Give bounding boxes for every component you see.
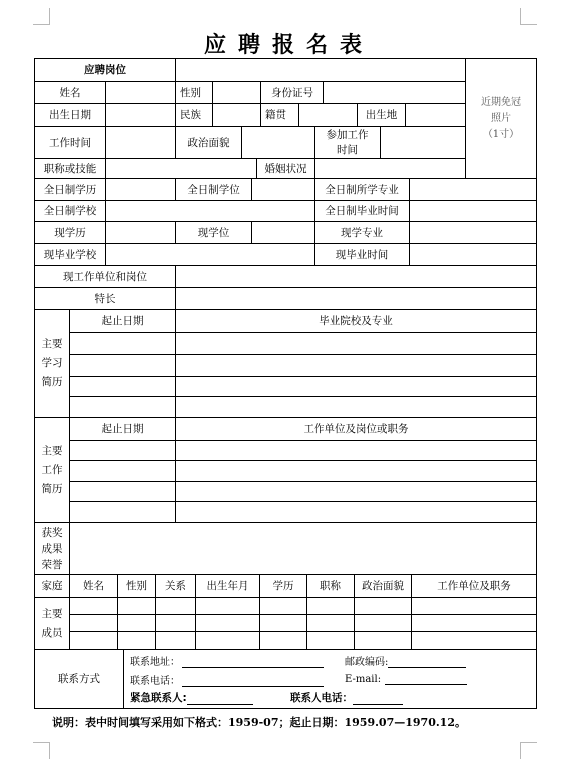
label-text: 成果 xyxy=(42,541,63,557)
cur-education-field[interactable] xyxy=(105,221,176,244)
label-join-work-time: 参加工作 时间 xyxy=(314,126,381,159)
family-row-2-gender[interactable] xyxy=(117,614,156,632)
name-field[interactable] xyxy=(105,81,176,104)
family-row-2-name[interactable] xyxy=(69,614,118,632)
work-header-employer: 工作单位及岗位或职务 xyxy=(175,417,537,441)
work-row-3-employer[interactable] xyxy=(175,481,537,502)
label-emergency-contact: 紧急联系人: xyxy=(130,690,187,705)
join-work-time-field[interactable] xyxy=(380,126,466,159)
family-row-3-relation[interactable] xyxy=(155,631,196,650)
label-family: 家庭 xyxy=(34,574,70,598)
label-gender: 性别 xyxy=(175,81,213,104)
title-skill-field[interactable] xyxy=(105,158,257,179)
label-cur-education: 现学历 xyxy=(34,221,106,244)
political-status-field[interactable] xyxy=(241,126,315,159)
label-title-skill: 职称或技能 xyxy=(34,158,106,179)
label-ft-major: 全日制所学专业 xyxy=(314,178,410,201)
family-row-2-political[interactable] xyxy=(354,614,412,632)
label-ethnicity: 民族 xyxy=(175,103,213,127)
family-row-3-name[interactable] xyxy=(69,631,118,650)
study-row-1-school[interactable] xyxy=(175,332,537,355)
study-row-2-dates[interactable] xyxy=(69,354,176,377)
label-cur-degree: 现学位 xyxy=(175,221,252,244)
family-header-political: 政治面貌 xyxy=(354,574,412,598)
label-marital-status: 婚姻状况 xyxy=(256,158,315,179)
label-ft-education: 全日制学历 xyxy=(34,178,106,201)
study-row-3-dates[interactable] xyxy=(69,376,176,397)
position-applied-field[interactable] xyxy=(175,58,466,82)
label-text: 主要 xyxy=(42,442,63,461)
work-row-2-employer[interactable] xyxy=(175,460,537,482)
study-row-3-school[interactable] xyxy=(175,376,537,397)
study-row-2-school[interactable] xyxy=(175,354,537,377)
family-row-2-title[interactable] xyxy=(306,614,355,632)
label-phone: 联系电话： xyxy=(130,672,180,687)
label-current-employer: 现工作单位和岗位 xyxy=(34,265,176,288)
page-corner-mark xyxy=(520,742,537,759)
study-header-dates: 起止日期 xyxy=(69,309,176,333)
contact-emergency-row: 紧急联系人: xyxy=(130,690,253,705)
current-employer-field[interactable] xyxy=(175,265,537,288)
contact-person-phone-row: 联系人电话： xyxy=(290,690,403,705)
label-birth-date: 出生日期 xyxy=(34,103,106,127)
work-row-2-dates[interactable] xyxy=(69,460,176,482)
label-family-members: 主要 成员 xyxy=(34,597,70,650)
awards-field[interactable] xyxy=(69,522,537,575)
family-row-3-gender[interactable] xyxy=(117,631,156,650)
label-text: 成员 xyxy=(42,624,63,643)
contact-postcode-row: 邮政编码: xyxy=(345,653,466,668)
ft-major-field[interactable] xyxy=(409,178,537,201)
family-row-1-political[interactable] xyxy=(354,597,412,615)
label-text: 简历 xyxy=(42,373,63,392)
cur-degree-field[interactable] xyxy=(251,221,315,244)
label-cur-grad-time: 现毕业时间 xyxy=(314,243,410,266)
label-text: 主要 xyxy=(42,335,63,354)
family-row-3-education[interactable] xyxy=(259,631,307,650)
label-cur-school: 现毕业学校 xyxy=(34,243,106,266)
label-text: 获奖 xyxy=(42,525,63,541)
label-contact: 联系方式 xyxy=(34,649,124,709)
label-ft-grad-time: 全日制毕业时间 xyxy=(314,200,410,222)
page-corner-mark xyxy=(33,742,50,759)
work-row-1-employer[interactable] xyxy=(175,440,537,461)
label-native-place: 籍贯 xyxy=(260,103,299,127)
family-row-2-education[interactable] xyxy=(259,614,307,632)
label-postcode: 邮政编码: xyxy=(345,653,388,668)
ft-degree-field[interactable] xyxy=(251,178,315,201)
family-row-2-relation[interactable] xyxy=(155,614,196,632)
postcode-field[interactable] xyxy=(388,655,466,668)
label-text: 时间 xyxy=(337,143,358,158)
family-row-3-title[interactable] xyxy=(306,631,355,650)
label-text: 工作 xyxy=(42,461,63,480)
address-field[interactable] xyxy=(182,655,324,668)
family-header-relation: 关系 xyxy=(155,574,196,598)
work-header-dates: 起止日期 xyxy=(69,417,176,441)
ft-education-field[interactable] xyxy=(105,178,176,201)
family-header-education: 学历 xyxy=(259,574,307,598)
form-instructions-note: 说明：表中时间填写采用如下格式：1959-07；起止日期：1959.07—197… xyxy=(52,714,466,730)
label-birthplace: 出生地 xyxy=(357,103,406,127)
family-row-3-political[interactable] xyxy=(354,631,412,650)
contact-phone-field[interactable] xyxy=(353,692,403,705)
phone-field[interactable] xyxy=(182,674,324,687)
work-row-4-dates[interactable] xyxy=(69,501,176,523)
family-row-2-birth[interactable] xyxy=(195,614,260,632)
label-cur-major: 现学专业 xyxy=(314,221,410,244)
label-address: 联系地址： xyxy=(130,653,180,668)
photo-size-label: （1寸） xyxy=(483,127,519,143)
label-email: E-mail: xyxy=(345,674,381,685)
family-row-1-gender[interactable] xyxy=(117,597,156,615)
family-row-1-title[interactable] xyxy=(306,597,355,615)
id-number-field[interactable] xyxy=(323,81,466,104)
family-row-1-relation[interactable] xyxy=(155,597,196,615)
study-row-4-dates[interactable] xyxy=(69,396,176,418)
page-title: 应聘报名表 xyxy=(0,28,566,59)
birth-date-field[interactable] xyxy=(105,103,176,127)
work-row-4-employer[interactable] xyxy=(175,501,537,523)
study-row-1-dates[interactable] xyxy=(69,332,176,355)
ft-grad-time-field[interactable] xyxy=(409,200,537,222)
cur-school-field[interactable] xyxy=(105,243,315,266)
email-field[interactable] xyxy=(385,672,467,685)
label-specialty: 特长 xyxy=(34,287,176,310)
family-row-1-education[interactable] xyxy=(259,597,307,615)
contact-phone-row: 联系电话： xyxy=(130,672,324,687)
study-row-4-school[interactable] xyxy=(175,396,537,418)
work-row-1-dates[interactable] xyxy=(69,440,176,461)
family-header-employer: 工作单位及职务 xyxy=(411,574,537,598)
label-name: 姓名 xyxy=(34,81,106,104)
cur-major-field[interactable] xyxy=(409,221,537,244)
label-awards: 获奖 成果 荣誉 xyxy=(34,522,70,575)
label-text: 参加工作 xyxy=(327,128,369,143)
native-place-field[interactable] xyxy=(298,103,358,127)
label-id-number: 身份证号 xyxy=(260,81,324,104)
work-start-field[interactable] xyxy=(105,126,176,159)
gender-field[interactable] xyxy=(212,81,261,104)
contact-address-row: 联系地址： xyxy=(130,653,324,668)
family-row-3-birth[interactable] xyxy=(195,631,260,650)
label-ft-school: 全日制学校 xyxy=(34,200,106,222)
family-row-2-employer[interactable] xyxy=(411,614,537,632)
photo-label: 近期免冠 xyxy=(481,95,521,111)
label-work-start: 工作时间 xyxy=(34,126,106,159)
family-row-3-employer[interactable] xyxy=(411,631,537,650)
page-corner-mark xyxy=(520,8,537,25)
family-header-gender: 性别 xyxy=(117,574,156,598)
page-corner-mark xyxy=(33,8,50,25)
birthplace-field[interactable] xyxy=(405,103,466,127)
label-ft-degree: 全日制学位 xyxy=(175,178,252,201)
family-header-name: 姓名 xyxy=(69,574,118,598)
specialty-field[interactable] xyxy=(175,287,537,310)
emergency-contact-field[interactable] xyxy=(187,692,253,705)
label-text: 简历 xyxy=(42,480,63,499)
label-text: 主要 xyxy=(42,605,63,624)
family-header-birth: 出生年月 xyxy=(195,574,260,598)
study-header-school: 毕业院校及专业 xyxy=(175,309,537,333)
marital-status-field[interactable] xyxy=(314,158,466,179)
cur-grad-time-field[interactable] xyxy=(409,243,537,266)
ethnicity-field[interactable] xyxy=(212,103,261,127)
photo-label: 照片 xyxy=(491,111,511,127)
label-work-history: 主要 工作 简历 xyxy=(34,417,70,523)
label-position-applied: 应聘岗位 xyxy=(34,58,176,82)
label-study-history: 主要 学习 简历 xyxy=(34,309,70,418)
family-row-1-birth[interactable] xyxy=(195,597,260,615)
ft-school-field[interactable] xyxy=(105,200,315,222)
label-text: 学习 xyxy=(42,354,63,373)
photo-placeholder[interactable]: 近期免冠 照片 （1寸） xyxy=(465,58,537,179)
label-text: 荣誉 xyxy=(42,557,63,573)
label-contact-phone: 联系人电话： xyxy=(290,690,353,705)
family-row-1-employer[interactable] xyxy=(411,597,537,615)
contact-email-row: E-mail: xyxy=(345,672,467,685)
work-row-3-dates[interactable] xyxy=(69,481,176,502)
family-row-1-name[interactable] xyxy=(69,597,118,615)
family-header-title: 职称 xyxy=(306,574,355,598)
label-political-status: 政治面貌 xyxy=(175,126,242,159)
